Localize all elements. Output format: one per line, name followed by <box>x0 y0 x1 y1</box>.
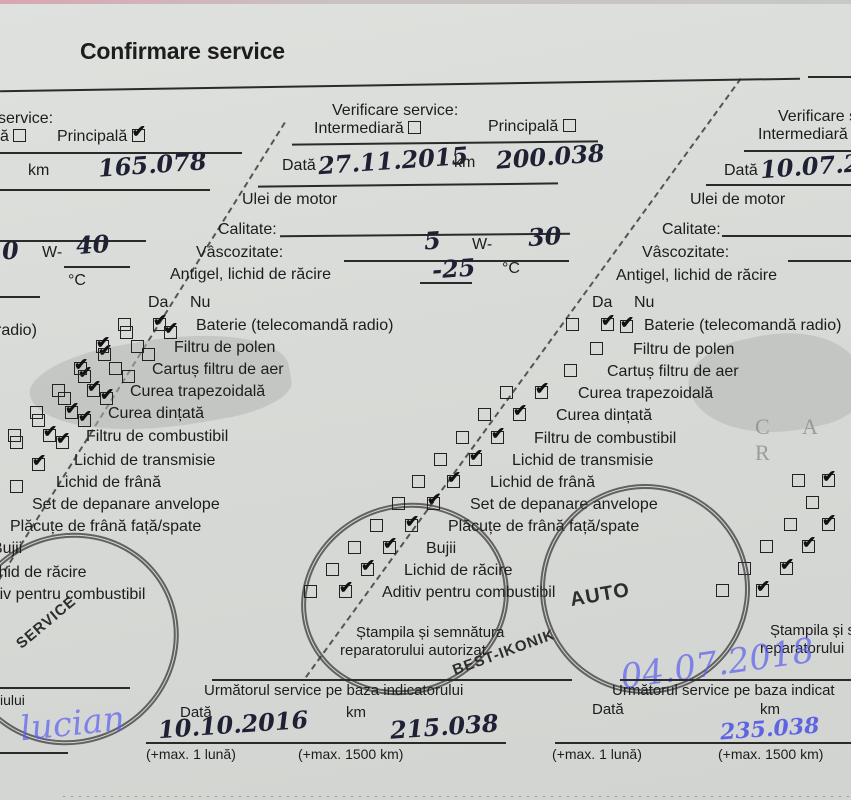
right-check-9-da[interactable] <box>370 519 383 532</box>
right-check-8-nu[interactable] <box>427 497 440 510</box>
right-check-3-da[interactable] <box>500 386 513 399</box>
center-stamp-label-2: reparatorului autorizat <box>340 642 486 659</box>
rule <box>0 687 130 689</box>
center-data-value: 27.11.2015 <box>317 141 469 180</box>
left-principala: Principală <box>57 128 145 146</box>
rule <box>212 679 572 681</box>
right-vascozitate-label: Vâscozitate: <box>642 244 729 262</box>
right-next-service-label: Următorul service pe baza indicat <box>612 682 835 699</box>
center-check-row-3: Curea trapezoidală <box>52 383 265 401</box>
right-check-row-4: Curea dințată <box>478 407 652 425</box>
center-principala-checkbox[interactable] <box>563 119 576 132</box>
left-w-label: W- <box>42 244 62 262</box>
center-check-row-8: Set de depanare anvelope <box>32 496 220 514</box>
center-check-0-da[interactable] <box>118 318 131 331</box>
left-km-value: 165.078 <box>97 146 207 183</box>
service-booklet-page: C A R Confirmare service service: ă Prin… <box>0 4 851 800</box>
rule <box>788 260 851 262</box>
center-oil-header: Ulei de motor <box>242 191 337 209</box>
center-check-1-da[interactable] <box>96 340 109 353</box>
right-check-4-da[interactable] <box>478 408 491 421</box>
right-check-row-6: Lichid de transmisie <box>434 452 653 470</box>
far-right-check[interactable] <box>822 474 835 487</box>
right-check-0-da[interactable] <box>566 318 579 331</box>
page-bottom-dots <box>60 795 851 798</box>
right-calitate-field <box>722 235 851 237</box>
left-check-row: radio) <box>0 322 37 340</box>
right-nu-label: Nu <box>634 294 654 312</box>
right-check-row-2: Cartuș filtru de aer <box>564 363 739 381</box>
rule <box>555 742 851 744</box>
center-check-row-2: Cartuș filtru de aer <box>74 361 284 379</box>
far-right-check[interactable] <box>756 584 769 597</box>
center-vascozitate-right: 30 <box>527 221 562 252</box>
right-check-12-da[interactable] <box>304 585 317 598</box>
center-check-5-nu[interactable] <box>43 429 56 442</box>
center-check-row-11: Lichid de răcire <box>0 564 87 582</box>
left-check-6-nu[interactable] <box>32 458 45 471</box>
center-max-km: (+max. 1500 km) <box>298 746 403 762</box>
center-da-label: Da <box>148 294 168 312</box>
center-check-row-0: Baterie (telecomandă radio) <box>118 317 393 335</box>
rule <box>420 282 472 284</box>
left-next-service-fragment: iului <box>0 692 25 708</box>
rule <box>620 679 851 681</box>
center-antigel-label: Antigel, lichid de răcire <box>170 266 331 284</box>
center-check-0-nu[interactable] <box>153 318 166 331</box>
center-check-row-1: Filtru de polen <box>96 339 275 357</box>
right-check-10-da[interactable] <box>348 541 361 554</box>
far-right-check[interactable] <box>806 496 819 509</box>
right-max-km: (+max. 1500 km) <box>718 746 823 762</box>
right-check-6-nu[interactable] <box>469 453 482 466</box>
far-right-check[interactable] <box>620 320 633 333</box>
center-intermediara-checkbox[interactable] <box>408 121 421 134</box>
right-check-11-nu[interactable] <box>361 563 374 576</box>
right-check-2-nu[interactable] <box>564 364 577 377</box>
center-deg-label: °C <box>502 260 520 278</box>
right-check-row-5: Filtru de combustibil <box>456 430 676 448</box>
right-check-3-nu[interactable] <box>535 386 548 399</box>
center-km-value: 200.038 <box>495 138 605 175</box>
left-check-7-nu[interactable] <box>10 480 23 493</box>
right-check-row-11: Lichid de răcire <box>326 562 513 580</box>
right-check-11-da[interactable] <box>326 563 339 576</box>
right-check-4-nu[interactable] <box>513 408 526 421</box>
center-check-row-4: Curea dințată <box>30 405 204 423</box>
center-max-month: (+max. 1 lună) <box>146 746 236 762</box>
far-right-check[interactable] <box>780 562 793 575</box>
left-principala-checkbox[interactable] <box>132 129 145 142</box>
center-stamp-label-1: Ștampila și semnătura <box>356 624 504 641</box>
right-check-10-nu[interactable] <box>383 541 396 554</box>
center-check-3-da[interactable] <box>52 384 65 397</box>
center-check-row-6: Lichid de transmisie <box>74 452 215 470</box>
right-check-7-nu[interactable] <box>447 475 460 488</box>
watermark-text: C A R <box>755 414 851 466</box>
center-check-row-10: Bujii <box>0 540 22 558</box>
center-check-4-nu[interactable] <box>65 406 78 419</box>
right-check-6-da[interactable] <box>434 453 447 466</box>
center-check-4-da[interactable] <box>30 406 43 419</box>
center-intermediara: Intermediară <box>314 120 421 138</box>
far-right-check[interactable] <box>802 540 815 553</box>
center-check-2-nu[interactable] <box>109 362 122 375</box>
left-km-label: km <box>28 162 49 180</box>
right-check-5-da[interactable] <box>456 431 469 444</box>
left-viscosity-left: 0 <box>1 235 20 265</box>
center-vascozitate-label: Vâscozitate: <box>196 244 283 262</box>
right-check-9-nu[interactable] <box>405 519 418 532</box>
right-antigel-label: Antigel, lichid de răcire <box>616 267 777 285</box>
right-check-8-da[interactable] <box>392 497 405 510</box>
right-check-row-3: Curea trapezoidală <box>500 385 713 403</box>
center-check-row-5: Filtru de combustibil <box>8 428 228 446</box>
right-header: Verificare service: <box>778 108 851 126</box>
center-check-row-9: Plăcuțe de frână față/spate <box>10 518 201 536</box>
right-check-row-1: Filtru de polen <box>590 341 734 359</box>
left-deg-label: °C <box>68 272 86 290</box>
center-next-service-label: Următorul service pe baza indicatorului <box>204 682 463 699</box>
center-next-km-label: km <box>346 704 366 721</box>
center-vascozitate-left: 5 <box>423 225 442 255</box>
center-w-label: W- <box>472 236 492 254</box>
center-next-km-value: 215.038 <box>389 708 499 745</box>
rule <box>0 752 68 754</box>
rule <box>0 189 210 191</box>
center-antigel-value: -25 <box>431 253 476 285</box>
rule <box>0 296 40 298</box>
right-intermediara: Intermediară <box>758 126 848 144</box>
right-da-label: Da <box>592 294 612 312</box>
center-check-2-da[interactable] <box>74 362 87 375</box>
right-calitate-label: Calitate: <box>662 221 721 239</box>
center-header: Verificare service: <box>332 102 458 120</box>
far-right-check[interactable] <box>792 474 805 487</box>
far-right-check[interactable] <box>822 518 835 531</box>
left-header-fragment: service: <box>0 110 53 128</box>
right-check-5-nu[interactable] <box>491 431 504 444</box>
right-max-month: (+max. 1 lună) <box>552 746 642 762</box>
center-data-label: Dată <box>282 157 316 175</box>
left-intermediara-fragment: ă <box>0 128 26 146</box>
page-title: Confirmare service <box>80 38 285 65</box>
right-data-label: Dată <box>724 162 758 180</box>
center-check-row-12: Aditiv pentru combustibil <box>0 586 145 604</box>
left-viscosity-right: 40 <box>75 229 110 260</box>
center-check-5-da[interactable] <box>8 429 21 442</box>
center-calitate-label: Calitate: <box>218 221 277 239</box>
far-right-check[interactable] <box>760 540 773 553</box>
center-km-label: km <box>454 154 475 172</box>
title-rule <box>0 78 800 93</box>
right-check-1-nu[interactable] <box>590 342 603 355</box>
center-principala: Principală <box>488 118 576 136</box>
far-right-check[interactable] <box>784 518 797 531</box>
rule <box>258 182 558 187</box>
rule <box>0 240 146 242</box>
left-intermediara-checkbox[interactable] <box>13 129 26 142</box>
right-check-row-12: Aditiv pentru combustibil <box>304 584 555 602</box>
rule <box>706 184 851 186</box>
center-nu-label: Nu <box>190 294 210 312</box>
center-check-1-nu[interactable] <box>131 340 144 353</box>
right-check-row-0: Baterie (telecomandă radio) <box>566 317 841 335</box>
center-check-row-7: Lichid de frână <box>56 474 161 492</box>
right-check-7-da[interactable] <box>412 475 425 488</box>
rule <box>64 266 130 268</box>
title-rule-right <box>808 76 851 78</box>
right-oil-header: Ulei de motor <box>690 191 785 209</box>
rule <box>146 742 506 744</box>
center-check-3-nu[interactable] <box>87 384 100 397</box>
right-next-km-value: 235.038 <box>719 713 820 746</box>
right-check-0-nu[interactable] <box>601 318 614 331</box>
right-next-data-label: Dată <box>592 701 624 718</box>
right-check-12-nu[interactable] <box>339 585 352 598</box>
